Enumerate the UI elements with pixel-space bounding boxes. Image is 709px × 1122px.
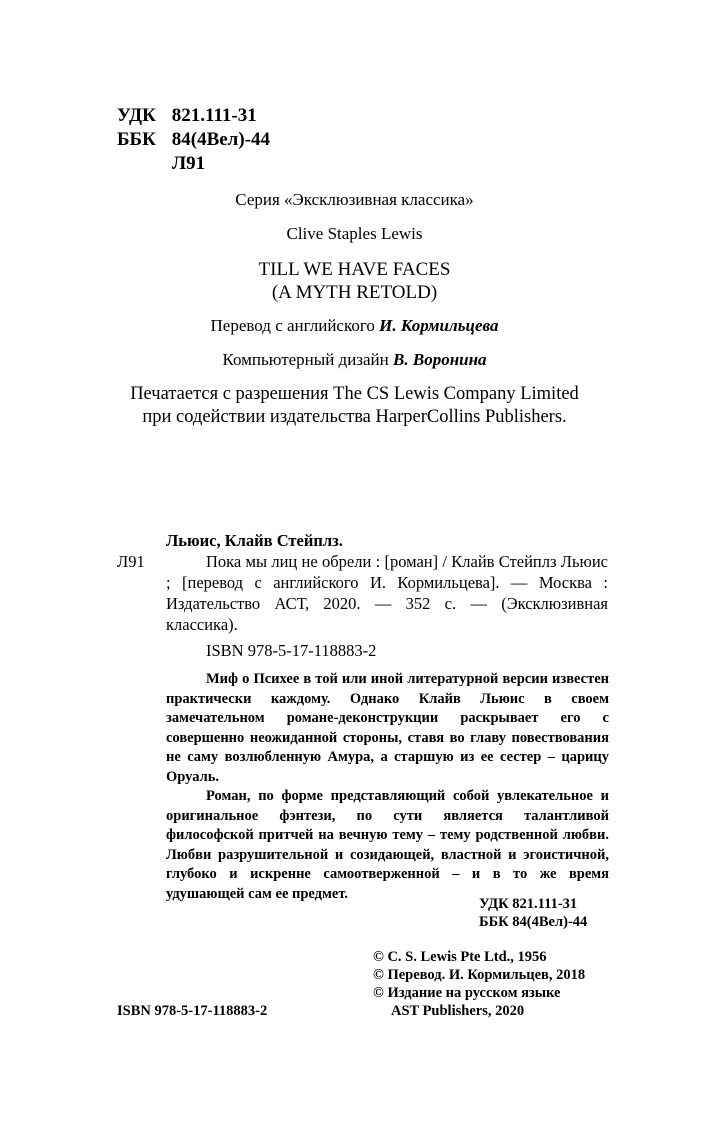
record-isbn: ISBN 978-5-17-118883-2	[206, 640, 376, 661]
bottom-bbk: ББК 84(4Вел)-44	[479, 913, 587, 931]
translation-credit: Перевод с английского И. Кормильцева	[0, 316, 709, 336]
record-author-mark: Л91	[117, 551, 145, 572]
bottom-isbn: ISBN 978-5-17-118883-2	[117, 1002, 267, 1020]
copyright-block: © C. S. Lewis Pte Ltd., 1956 © Перевод. …	[373, 948, 585, 1020]
annotation: Миф о Психее в той или иной литературной…	[166, 670, 609, 904]
original-author: Clive Staples Lewis	[0, 224, 709, 244]
copyright-line: AST Publishers, 2020	[373, 1002, 585, 1020]
design-credit: Компьютерный дизайн В. Воронина	[0, 350, 709, 370]
permission-note: Печатается с разрешения The CS Lewis Com…	[0, 383, 709, 429]
series-title: Серия «Эксклюзивная классика»	[0, 190, 709, 210]
copyright-line: © Издание на русском языке	[373, 984, 585, 1002]
udk-label: УДК	[117, 104, 167, 128]
bottom-udk: УДК 821.111-31	[479, 895, 587, 913]
annotation-paragraph-2: Роман, по форме представляющий собой увл…	[166, 787, 609, 904]
annotation-paragraph-1: Миф о Психее в той или иной литературной…	[166, 670, 609, 787]
record-description: Пока мы лиц не обрели : [роман] / Клайв …	[166, 551, 608, 635]
original-title: TILL WE HAVE FACES (A MYTH RETOLD)	[0, 258, 709, 304]
classification-block: УДК 821.111-31 ББК 84(4Вел)-44 Л91	[117, 104, 270, 176]
bottom-classification: УДК 821.111-31 ББК 84(4Вел)-44	[479, 895, 587, 931]
udk-line: УДК 821.111-31	[117, 104, 270, 128]
original-title-line-1: TILL WE HAVE FACES	[0, 258, 709, 281]
record-author-heading: Льюис, Клайв Стейплз.	[166, 530, 343, 551]
permission-line-1: Печатается с разрешения The CS Lewis Com…	[0, 383, 709, 406]
copyright-line: © C. S. Lewis Pte Ltd., 1956	[373, 948, 585, 966]
author-mark: Л91	[117, 152, 270, 176]
copyright-line: © Перевод. И. Кормильцев, 2018	[373, 966, 585, 984]
translation-label: Перевод с английского	[211, 316, 375, 335]
translator-name: И. Кормильцева	[379, 316, 498, 335]
bbk-label: ББК	[117, 128, 167, 152]
udk-value: 821.111-31	[172, 105, 257, 126]
designer-name: В. Воронина	[393, 350, 487, 369]
bbk-line: ББК 84(4Вел)-44	[117, 128, 270, 152]
permission-line-2: при содействии издательства HarperCollin…	[0, 406, 709, 429]
original-title-line-2: (A MYTH RETOLD)	[0, 281, 709, 304]
bbk-value: 84(4Вел)-44	[172, 129, 270, 150]
design-label: Компьютерный дизайн	[222, 350, 388, 369]
